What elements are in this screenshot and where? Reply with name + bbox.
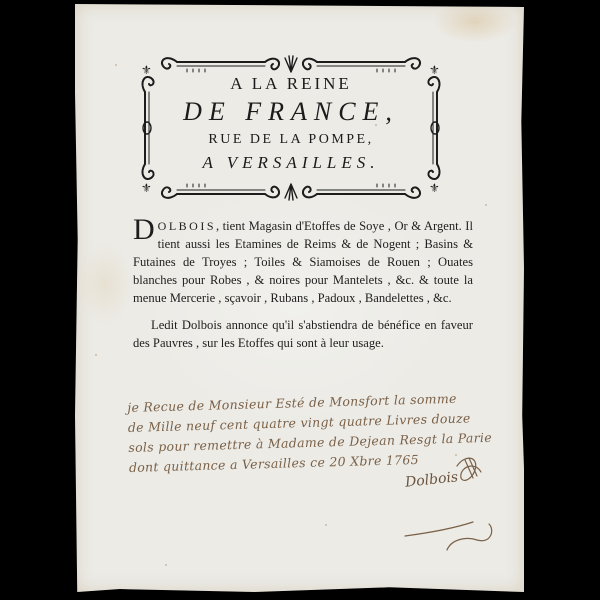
title-line-4: A VERSAILLES. [137, 152, 445, 174]
title-line-3: RUE DE LA POMPE, [137, 129, 445, 151]
paragraph-1: DOLBOIS, tient Magasin d'Etoffes de Soye… [133, 217, 473, 307]
printed-body: DOLBOIS, tient Magasin d'Etoffes de Soye… [133, 217, 473, 352]
paper-speck [95, 354, 97, 356]
merchant-name: OLBOIS [158, 219, 216, 233]
svg-text:⚜: ⚜ [141, 181, 152, 195]
title-line-1: A LA REINE [137, 74, 445, 94]
ornamental-title-frame: ⚜ ⚜ ⚜ ⚜ A LA REINE DE FRANCE, RUE DE LA … [137, 52, 445, 204]
title-line-2: DE FRANCE, [137, 96, 445, 128]
drop-cap: D [133, 217, 155, 241]
signature-flourish-icon [395, 444, 505, 554]
paper-speck [165, 564, 167, 566]
shop-title: A LA REINE DE FRANCE, RUE DE LA POMPE, A… [137, 74, 445, 174]
paragraph-2: Ledit Dolbois annonce qu'il s'abstiendra… [133, 316, 473, 352]
paper-speck [115, 64, 117, 66]
paper-speck [325, 524, 327, 526]
paper-speck [485, 204, 487, 206]
svg-text:⚜: ⚜ [429, 181, 440, 195]
paper-sheet: ⚜ ⚜ ⚜ ⚜ A LA REINE DE FRANCE, RUE DE LA … [75, 4, 524, 592]
